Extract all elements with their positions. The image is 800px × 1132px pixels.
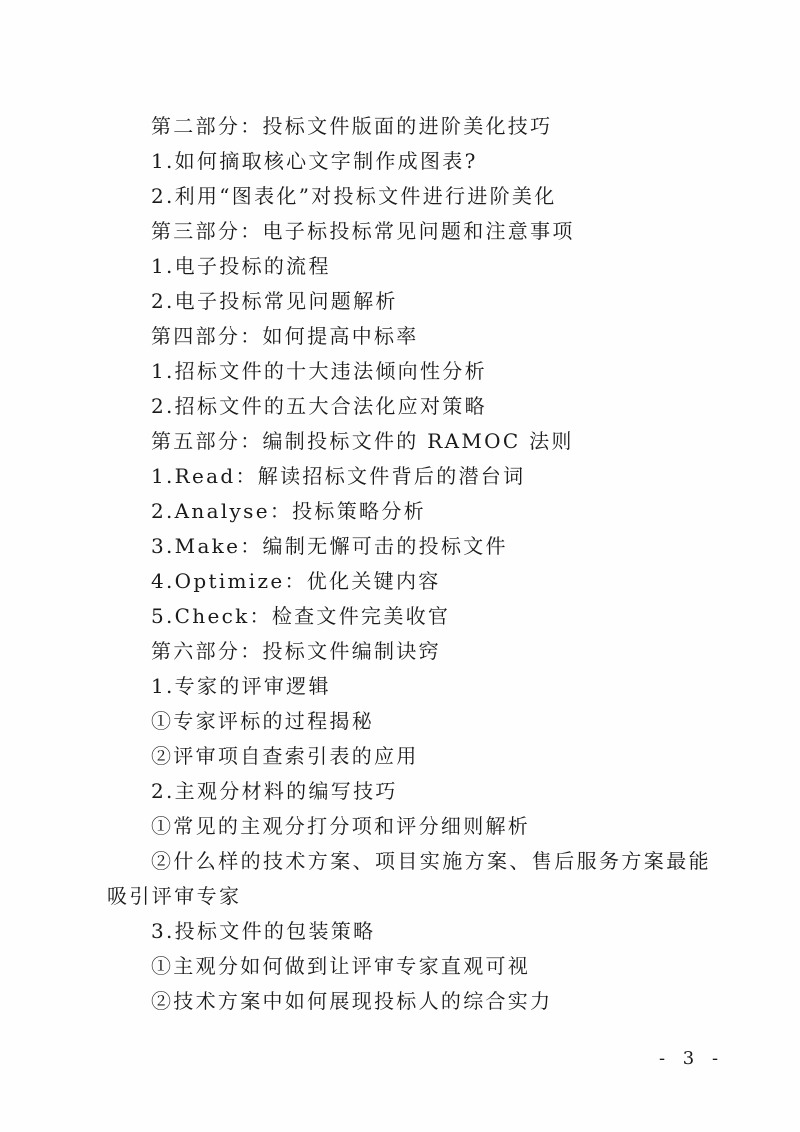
list-item: 2.电子投标常见问题解析	[151, 289, 398, 313]
list-item: 5.Check：检查文件完美收官	[151, 604, 450, 628]
list-item: 2.招标文件的五大合法化应对策略	[151, 394, 487, 418]
wrapped-paragraph: ②什么样的技术方案、项目实施方案、售后服务方案最能吸引评审专家	[107, 844, 711, 914]
list-item: 3.投标文件的包装策略	[151, 919, 375, 943]
list-item: ①常见的主观分打分项和评分细则解析	[151, 814, 530, 838]
section-heading-part-3: 第三部分：电子标投标常见问题和注意事项	[151, 219, 575, 243]
list-item: 4.Optimize：优化关键内容	[151, 569, 441, 593]
document-page: 第二部分：投标文件版面的进阶美化技巧 1.如何摘取核心文字制作成图表? 2.利用…	[0, 0, 800, 1132]
list-item: 2.利用“图表化”对投标文件进行进阶美化	[151, 184, 557, 208]
section-heading-part-5: 第五部分：编制投标文件的 RAMOC 法则	[151, 429, 574, 453]
list-item: 2.主观分材料的编写技巧	[151, 779, 398, 803]
list-item: 1.如何摘取核心文字制作成图表?	[151, 149, 478, 173]
list-item: 1.专家的评审逻辑	[151, 674, 331, 698]
list-item: 1.Read：解读招标文件背后的潜台词	[151, 464, 525, 488]
section-heading-part-2: 第二部分：投标文件版面的进阶美化技巧	[151, 114, 552, 138]
list-item: 3.Make：编制无懈可击的投标文件	[151, 534, 508, 558]
section-heading-part-6: 第六部分：投标文件编制诀窍	[151, 639, 441, 663]
section-heading-part-4: 第四部分：如何提高中标率	[151, 324, 419, 348]
list-item: 1.招标文件的十大违法倾向性分析	[151, 359, 487, 383]
list-item: 1.电子投标的流程	[151, 254, 331, 278]
list-item: ①专家评标的过程揭秘	[151, 709, 374, 733]
list-item: ②技术方案中如何展现投标人的综合实力	[151, 989, 552, 1013]
list-item: ②评审项自查索引表的应用	[151, 744, 419, 768]
page-number: - 3 -	[659, 1048, 724, 1069]
list-item: 2.Analyse：投标策略分析	[151, 499, 426, 523]
list-item: ①主观分如何做到让评审专家直观可视	[151, 954, 530, 978]
